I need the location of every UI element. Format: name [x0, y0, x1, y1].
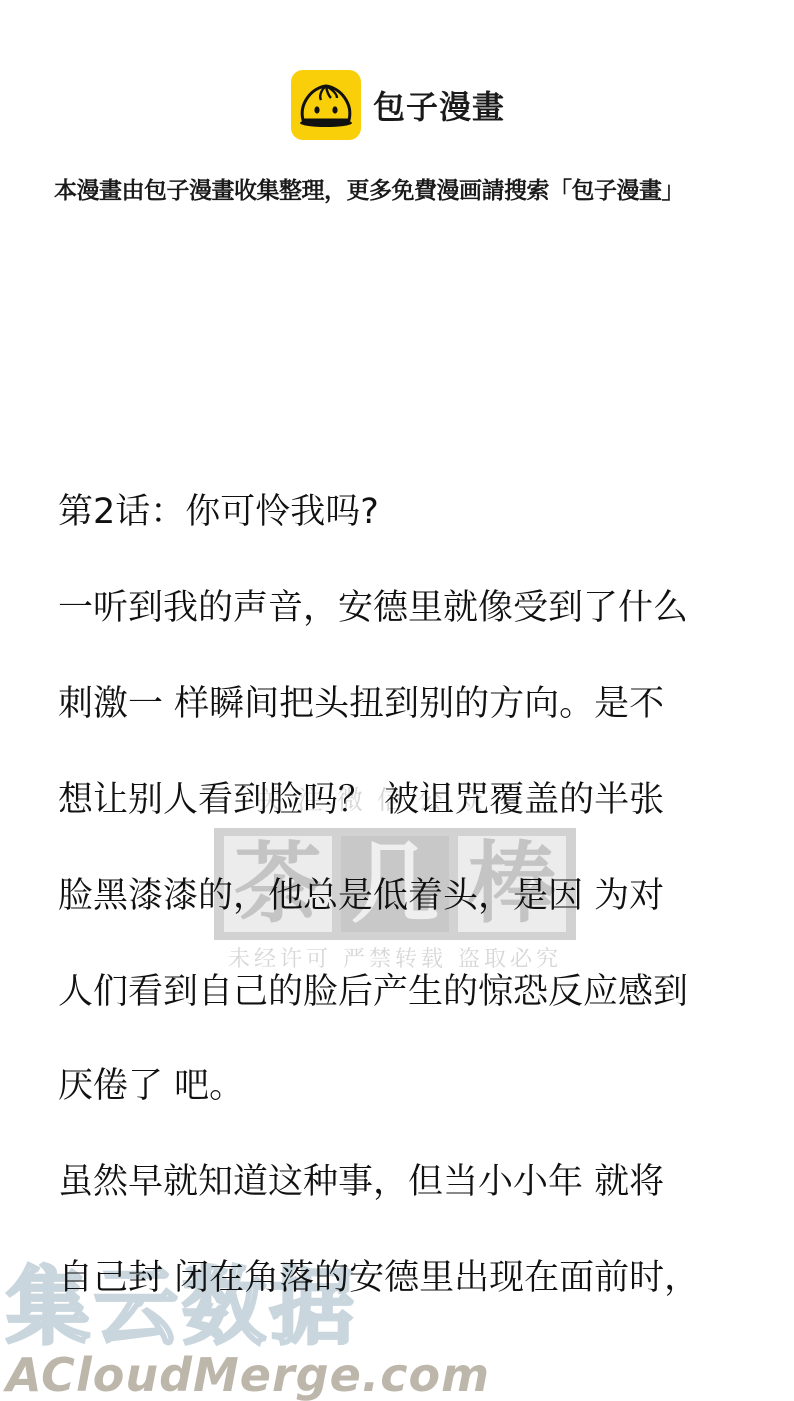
text-line: 想让别人看到脸吗？ 被诅咒覆盖的半张 [58, 772, 664, 822]
text-line: 脸黑漆漆的，他总是低着头，是因 为对 [58, 868, 664, 918]
source-notice: 本漫畫由包子漫畫收集整理，更多免費漫画請搜索「包子漫畫」 [54, 172, 754, 205]
text-line: 刺激一 样瞬间把头扭到别的方向。是不 [58, 676, 664, 726]
text-line: 一听到我的声音，安德里就像受到了什么 [58, 580, 688, 630]
chapter-title: 第2话：你可怜我吗? [58, 484, 379, 534]
text-line: 虽然早就知道这种事，但当小小年 就将 [58, 1154, 664, 1204]
brand-name: 包子漫畫 [373, 82, 505, 128]
text-line: 自己封 闭在角落的安德里出现在面前时， [58, 1250, 699, 1300]
watermark-en: ACloudMerge.com [6, 1348, 490, 1401]
brand-header: 包子漫畫 [291, 70, 505, 140]
steamed-bun-icon [291, 70, 361, 140]
text-line: 厌倦了 吧。 [58, 1058, 244, 1108]
text-line: 人们看到自己的脸后产生的惊恐反应感到 [58, 964, 688, 1014]
